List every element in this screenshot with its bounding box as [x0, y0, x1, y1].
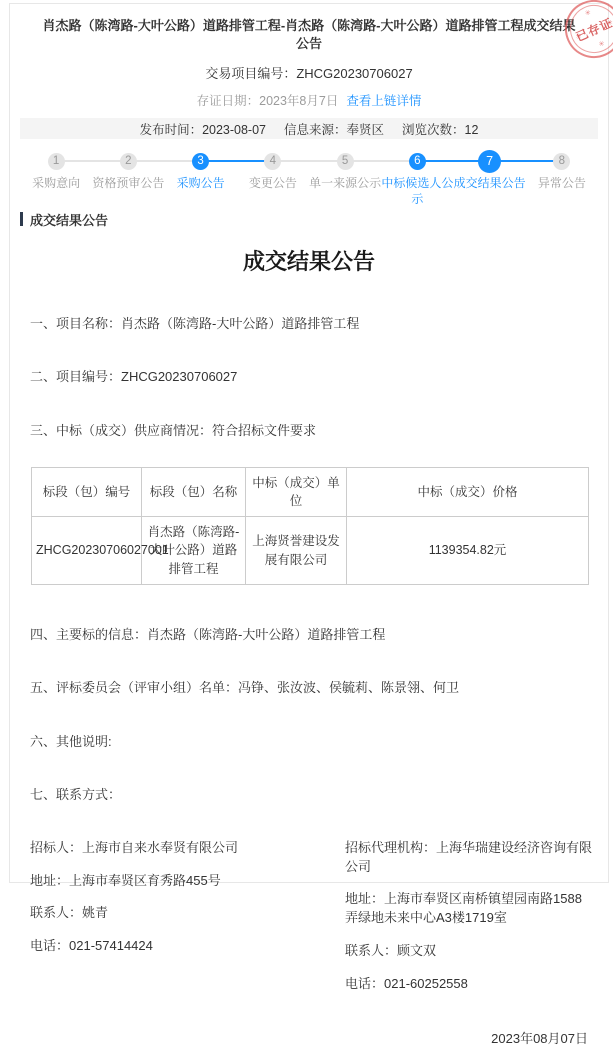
step-label: 异常公告 — [526, 176, 598, 192]
chain-detail-link[interactable]: 查看上链详情 — [346, 94, 421, 108]
item-committee-list: 五、评标委员会（评审小组）名单：冯铮、张汝波、侯毓莉、陈景翎、何卫 — [30, 678, 594, 698]
stepper-step-purchase-announcement[interactable]: 3 采购公告 — [165, 149, 237, 207]
step-label: 采购意向 — [20, 176, 92, 192]
item-supplier-status: 三、中标（成交）供应商情况：符合招标文件要求 — [30, 421, 594, 441]
tenderer-contact-block: 招标人：上海市自来水奉贤有限公司 地址：上海市奉贤区育秀路455号 联系人：姚青… — [30, 839, 345, 854]
step-circle: 4 — [264, 153, 281, 170]
page-container: 肖杰路（陈湾路-大叶公路）道路排管工程-肖杰路（陈湾路-大叶公路）道路排管工程成… — [9, 3, 609, 854]
meta-bar: 发布时间：2023-08-07 信息来源：奉贤区 浏览次数：12 — [20, 118, 598, 139]
step-circle: 5 — [337, 153, 354, 170]
item-other-notes: 六、其他说明: — [30, 732, 594, 752]
section-header: 成交结果公告 — [20, 210, 598, 229]
col-header-package-no: 标段（包）编号 — [32, 468, 142, 517]
cell-package-no: ZHCG20230706027001 — [32, 517, 142, 584]
step-circle: 6 — [409, 153, 426, 170]
stepper-step-single-source[interactable]: 5 单一来源公示 — [309, 149, 381, 207]
info-source: 信息来源：奉贤区 — [284, 120, 384, 138]
announcement-title: 成交结果公告 — [20, 245, 598, 276]
progress-stepper: 1 采购意向 2 资格预审公告 3 采购公告 4 变更公告 5 — [20, 149, 598, 207]
stepper-step-abnormal-announcement[interactable]: 8 异常公告 — [526, 149, 598, 207]
publish-time: 发布时间：2023-08-07 — [140, 120, 266, 138]
agency-contact-block: 招标代理机构：上海华瑞建设经济咨询有限公司 地址：上海市奉贤区南桥镇望园南路15… — [345, 839, 598, 854]
step-label: 成交结果公告 — [454, 176, 526, 192]
step-label: 变更公告 — [237, 176, 309, 192]
item-subject-info: 四、主要标的信息：肖杰路（陈湾路-大叶公路）道路排管工程 — [30, 625, 594, 645]
step-circle: 8 — [553, 153, 570, 170]
step-circle: 7 — [478, 150, 501, 173]
col-header-winner-price: 中标（成交）价格 — [347, 468, 589, 517]
cell-winner-unit: 上海贤誉建设发展有限公司 — [246, 517, 347, 584]
item-contact-heading: 七、联系方式： — [30, 785, 594, 805]
cell-package-name: 肖杰路（陈湾路-大叶公路）道路排管工程 — [142, 517, 246, 584]
step-circle: 1 — [48, 153, 65, 170]
page-title: 肖杰路（陈湾路-大叶公路）道路排管工程-肖杰路（陈湾路-大叶公路）道路排管工程成… — [20, 17, 598, 53]
cert-date-row: 存证日期：2023年8月7日查看上链详情 — [20, 91, 598, 109]
view-count: 浏览次数：12 — [402, 120, 478, 138]
stepper-step-purchase-intent[interactable]: 1 采购意向 — [20, 149, 92, 207]
stepper-step-candidate-publicity[interactable]: 6 中标候选人公示 — [381, 149, 453, 207]
tenderer-name: 招标人：上海市自来水奉贤有限公司 — [30, 839, 345, 854]
step-circle: 2 — [120, 153, 137, 170]
step-label: 采购公告 — [165, 176, 237, 192]
step-label: 单一来源公示 — [309, 176, 381, 192]
step-circle: 3 — [192, 153, 209, 170]
section-header-title: 成交结果公告 — [30, 210, 108, 229]
contact-section: 招标人：上海市自来水奉贤有限公司 地址：上海市奉贤区育秀路455号 联系人：姚青… — [30, 839, 598, 854]
project-number: 交易项目编号：ZHCG20230706027 — [20, 63, 598, 82]
stepper-step-result-announcement[interactable]: 7 成交结果公告 — [454, 149, 526, 207]
step-label: 资格预审公告 — [92, 176, 164, 192]
step-label: 中标候选人公示 — [381, 176, 453, 207]
table-row: ZHCG20230706027001 肖杰路（陈湾路-大叶公路）道路排管工程 上… — [32, 517, 589, 584]
table-header-row: 标段（包）编号 标段（包）名称 中标（成交）单位 中标（成交）价格 — [32, 468, 589, 517]
item-project-number: 二、项目编号：ZHCG20230706027 — [30, 367, 594, 387]
col-header-winner-unit: 中标（成交）单位 — [246, 468, 347, 517]
cert-date-label: 存证日期：2023年8月7日 — [197, 94, 339, 108]
cell-winner-price: 1139354.82元 — [347, 517, 589, 584]
section-header-bar — [20, 212, 23, 226]
stepper-step-prequalification[interactable]: 2 资格预审公告 — [92, 149, 164, 207]
award-result-table: 标段（包）编号 标段（包）名称 中标（成交）单位 中标（成交）价格 ZHCG20… — [31, 467, 589, 585]
item-project-name: 一、项目名称：肖杰路（陈湾路-大叶公路）道路排管工程 — [30, 314, 594, 334]
stepper-step-change-announcement[interactable]: 4 变更公告 — [237, 149, 309, 207]
agency-name: 招标代理机构：上海华瑞建设经济咨询有限公司 — [345, 839, 592, 854]
col-header-package-name: 标段（包）名称 — [142, 468, 246, 517]
